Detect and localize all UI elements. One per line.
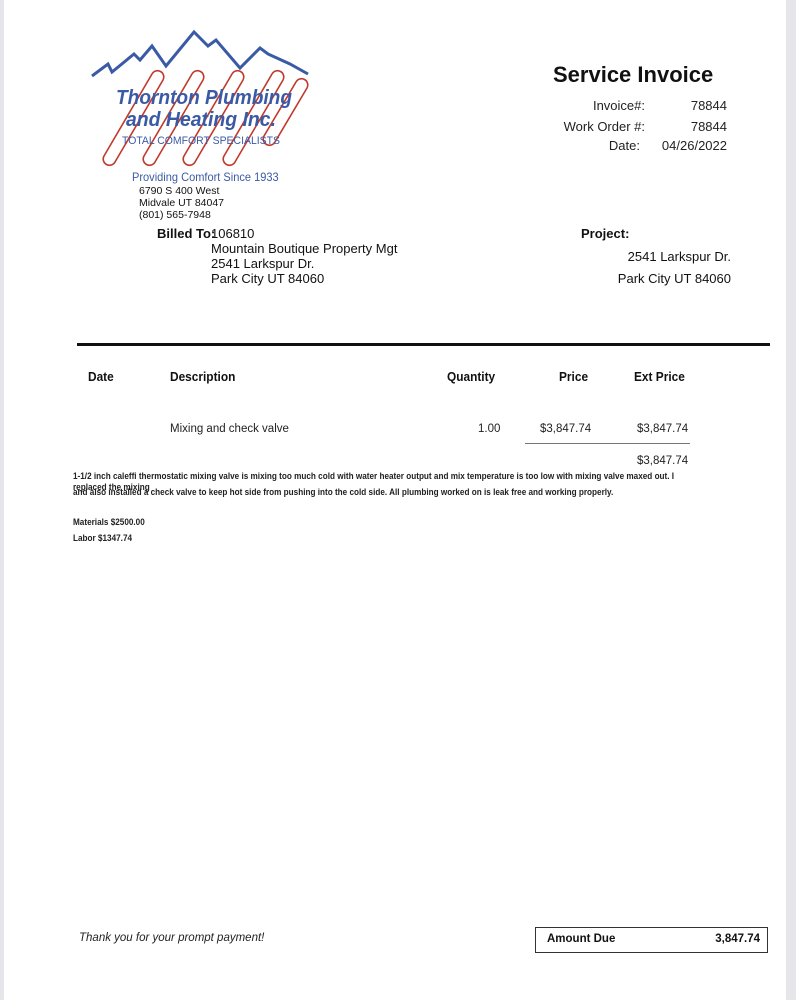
invoice-date-value: 04/26/2022 bbox=[627, 138, 727, 153]
billed-to-account: 106810 bbox=[211, 226, 254, 241]
project-street: 2541 Larkspur Dr. bbox=[531, 249, 731, 264]
company-address-line: 6790 S 400 West bbox=[139, 185, 219, 197]
amount-due-value: 3,847.74 bbox=[715, 933, 760, 945]
billed-to-city: Park City UT 84060 bbox=[211, 271, 324, 286]
billed-to-label: Billed To: bbox=[157, 226, 215, 241]
company-address-line: Midvale UT 84047 bbox=[139, 197, 224, 209]
company-logo: Thornton Plumbing and Heating Inc. TOTAL… bbox=[90, 26, 314, 168]
invoice-page: Thornton Plumbing and Heating Inc. TOTAL… bbox=[4, 0, 786, 1000]
column-header-ext-price: Ext Price bbox=[634, 370, 685, 384]
work-notes-line: and also installed a check valve to keep… bbox=[73, 487, 613, 498]
subtotal-divider bbox=[525, 443, 690, 444]
row-quantity: 1.00 bbox=[478, 423, 500, 435]
invoice-number-value: 78844 bbox=[627, 98, 727, 113]
project-label: Project: bbox=[581, 226, 629, 241]
row-description: Mixing and check valve bbox=[170, 423, 289, 435]
column-header-quantity: Quantity bbox=[447, 370, 495, 384]
column-header-price: Price bbox=[559, 370, 588, 384]
labor-cost: Labor $1347.74 bbox=[73, 533, 132, 544]
billed-to-street: 2541 Larkspur Dr. bbox=[211, 256, 314, 271]
company-tagline: Providing Comfort Since 1933 bbox=[132, 170, 279, 184]
logo-name-line1: Thornton Plumbing bbox=[116, 87, 292, 109]
logo-name-line2: and Heating Inc. bbox=[126, 109, 276, 131]
header-divider bbox=[77, 343, 770, 346]
logo-slogan: TOTAL COMFORT SPECIALISTS bbox=[122, 135, 280, 147]
company-phone: (801) 565-7948 bbox=[139, 209, 211, 221]
amount-due-box: Amount Due 3,847.74 bbox=[535, 927, 768, 953]
thank-you-note: Thank you for your prompt payment! bbox=[79, 932, 264, 944]
amount-due-label: Amount Due bbox=[547, 933, 615, 945]
row-price: $3,847.74 bbox=[540, 423, 591, 435]
invoice-title: Service Invoice bbox=[553, 62, 713, 88]
project-city: Park City UT 84060 bbox=[531, 271, 731, 286]
work-order-value: 78844 bbox=[627, 119, 727, 134]
column-header-date: Date bbox=[88, 370, 114, 384]
subtotal-value: $3,847.74 bbox=[637, 455, 688, 467]
billed-to-name: Mountain Boutique Property Mgt bbox=[211, 241, 397, 256]
invoice-date-label: Date: bbox=[520, 138, 640, 153]
materials-cost: Materials $2500.00 bbox=[73, 517, 145, 528]
column-header-description: Description bbox=[170, 370, 235, 384]
row-ext-price: $3,847.74 bbox=[637, 423, 688, 435]
mountains-icon bbox=[92, 32, 308, 76]
